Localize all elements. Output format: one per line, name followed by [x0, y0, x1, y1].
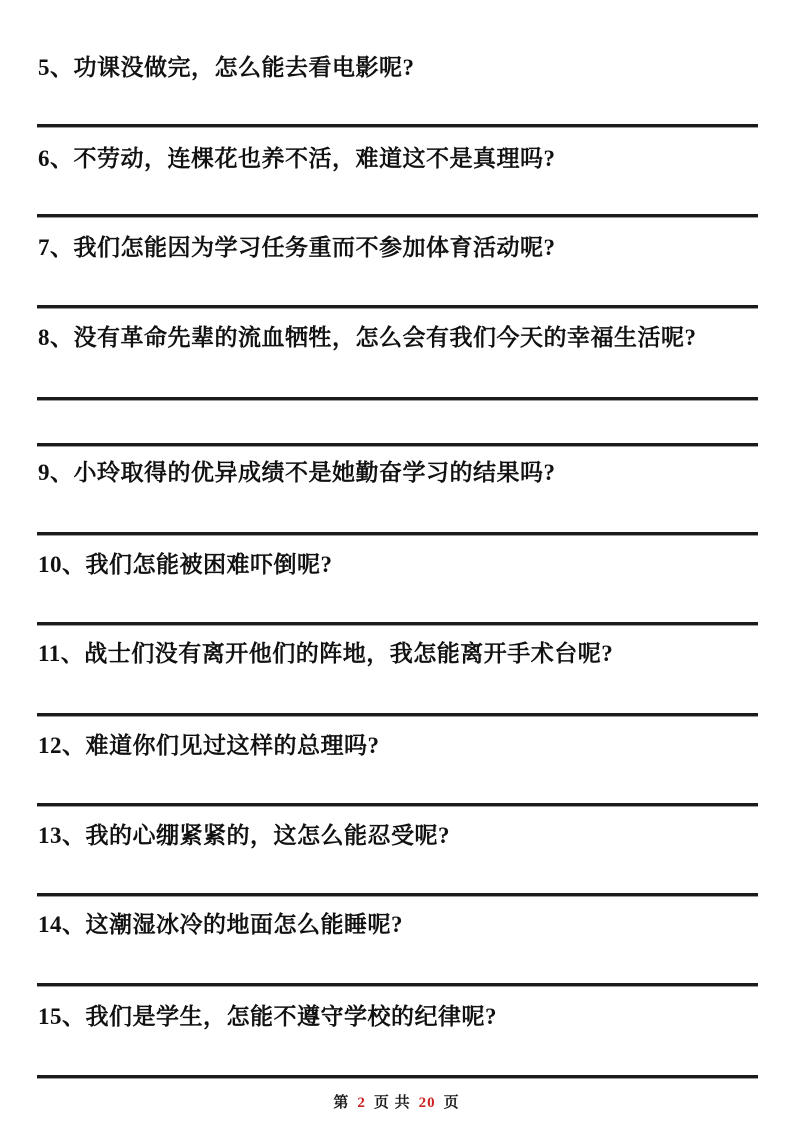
page-footer: 第2页 共20页	[0, 1091, 793, 1112]
answer-line	[37, 305, 758, 308]
answer-line	[37, 532, 758, 535]
answer-line	[37, 803, 758, 806]
question-6: 6、不劳动，连棵花也养不活，难道这不是真理吗?	[38, 146, 773, 171]
question-9: 9、小玲取得的优异成绩不是她勤奋学习的结果吗?	[38, 460, 773, 485]
question-13: 13、我的心绷紧紧的，这怎么能忍受呢?	[38, 823, 773, 848]
question-11: 11、战士们没有离开他们的阵地，我怎能离开手术台呢?	[38, 641, 773, 666]
answer-line	[37, 1075, 758, 1078]
question-8: 8、没有革命先辈的流血牺牲，怎么会有我们今天的幸福生活呢?	[38, 325, 773, 350]
question-7: 7、我们怎能因为学习任务重而不参加体育活动呢?	[38, 235, 773, 260]
footer-suffix: 页	[444, 1095, 460, 1111]
worksheet-page: 5、功课没做完，怎么能去看电影呢? 6、不劳动，连棵花也养不活，难道这不是真理吗…	[0, 0, 793, 1122]
question-14: 14、这潮湿冰冷的地面怎么能睡呢?	[38, 912, 773, 937]
footer-middle: 页 共	[374, 1095, 411, 1111]
footer-prefix: 第	[333, 1095, 349, 1111]
answer-line	[37, 214, 758, 217]
footer-current-page: 2	[357, 1095, 366, 1111]
question-12: 12、难道你们见过这样的总理吗?	[38, 733, 773, 758]
answer-line	[37, 622, 758, 625]
question-5: 5、功课没做完，怎么能去看电影呢?	[38, 55, 773, 80]
answer-line	[37, 893, 758, 896]
answer-line	[37, 397, 758, 400]
answer-line	[37, 124, 758, 127]
question-10: 10、我们怎能被困难吓倒呢?	[38, 552, 773, 577]
answer-line	[37, 713, 758, 716]
question-15: 15、我们是学生，怎能不遵守学校的纪律呢?	[38, 1004, 773, 1029]
answer-line	[37, 983, 758, 986]
answer-line	[37, 443, 758, 446]
footer-total-pages: 20	[419, 1095, 436, 1111]
